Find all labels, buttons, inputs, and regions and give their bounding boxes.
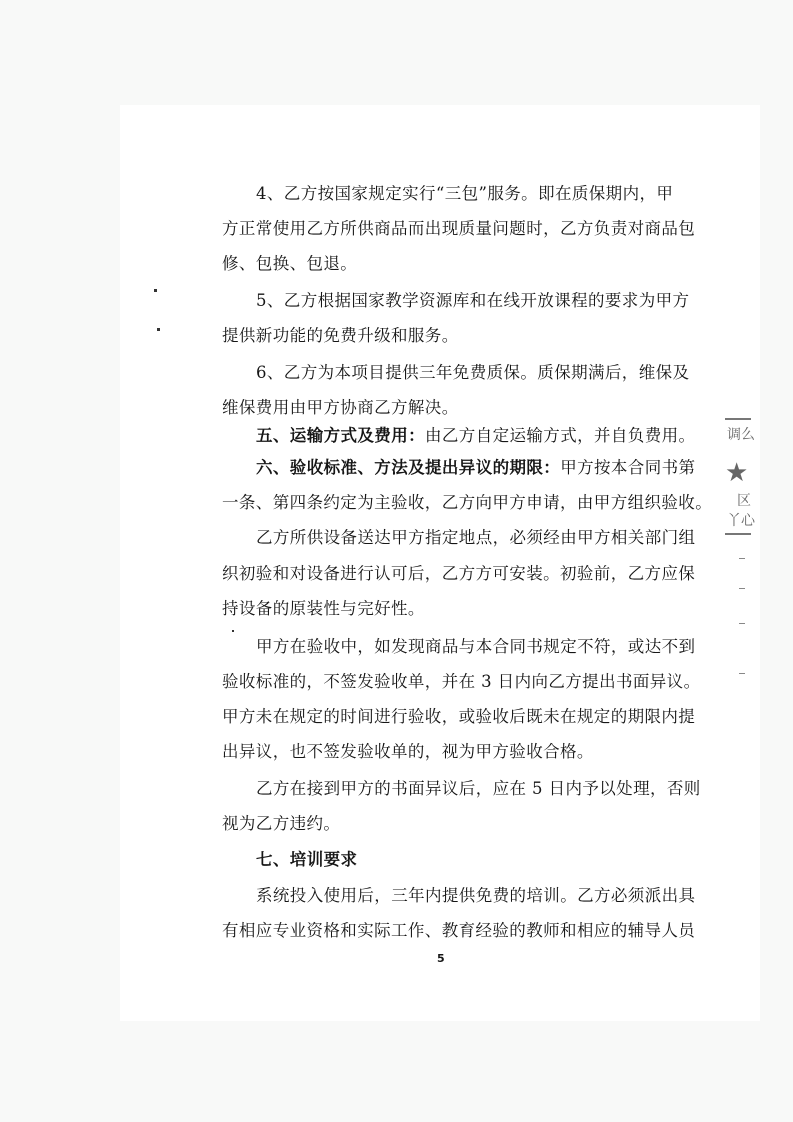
clause-4-line-1: 4、乙方按国家规定实行“三包”服务。即在质保期内，甲: [256, 183, 673, 205]
section-6-line: 甲方在验收中，如发现商品与本合同书规定不符，或达不到: [256, 636, 695, 658]
section-5-body: 由乙方自定运输方式，并自负费用。: [425, 426, 695, 445]
section-7-line: 系统投入使用后，三年内提供免费的培训。乙方必须派出具: [256, 885, 695, 907]
section-6-line: 出异议，也不签发验收单的，视为甲方验收合格。: [222, 741, 594, 763]
section-6-line: 视为乙方违约。: [222, 813, 340, 835]
seal-stamp-fragment: 调么 ★ 区 丫心: [723, 418, 759, 678]
seal-text-bottom: 丫心: [727, 510, 755, 530]
seal-text-top: 调么: [727, 424, 755, 444]
seal-trace: [739, 623, 745, 624]
scan-speck: [232, 630, 234, 632]
section-6-line: 持设备的原装性与完好性。: [222, 598, 425, 620]
section-6-heading: 六、验收标准、方法及提出异议的期限：: [256, 458, 560, 477]
section-6-paragraph: 六、验收标准、方法及提出异议的期限：甲方按本合同书第: [256, 457, 695, 479]
seal-trace: [739, 588, 745, 589]
section-6-line: 一条、第四条约定为主验收，乙方向甲方申请，由甲方组织验收。: [222, 492, 712, 514]
clause-4-line-3: 修、包换、包退。: [222, 253, 357, 275]
scan-speck: [157, 328, 160, 331]
seal-border-bottom: [725, 533, 751, 535]
clause-5-line-2: 提供新功能的免费升级和服务。: [222, 325, 459, 347]
clause-5-line-1: 5、乙方根据国家教学资源库和在线开放课程的要求为甲方: [256, 290, 689, 312]
section-5-heading: 五、运输方式及费用：: [256, 426, 425, 445]
section-6-body-first: 甲方按本合同书第: [560, 458, 695, 477]
scan-speck: [154, 289, 157, 292]
section-7-line: 有相应专业资格和实际工作、教育经验的教师和相应的辅导人员: [222, 920, 695, 942]
seal-trace: [739, 673, 745, 674]
section-6-line: 乙方在接到甲方的书面异议后，应在 5 日内予以处理，否则: [256, 778, 701, 800]
section-5-paragraph: 五、运输方式及费用：由乙方自定运输方式，并自负费用。: [256, 425, 695, 447]
page-number: 5: [437, 952, 445, 965]
seal-border-top: [725, 418, 751, 420]
seal-star-icon: ★: [725, 458, 748, 488]
section-6-line: 验收标准的，不签发验收单，并在 3 日内向乙方提出书面异议。: [222, 671, 701, 693]
section-7-heading: 七、培训要求: [256, 849, 357, 871]
seal-text-mid: 区: [737, 490, 751, 510]
section-6-line: 甲方未在规定的时间进行验收，或验收后既未在规定的期限内提: [222, 706, 695, 728]
section-6-line: 织初验和对设备进行认可后，乙方方可安装。初验前，乙方应保: [222, 563, 695, 585]
clause-6-line-1: 6、乙方为本项目提供三年免费质保。质保期满后，维保及: [256, 362, 689, 384]
clause-6-line-2: 维保费用由甲方协商乙方解决。: [222, 397, 459, 419]
section-6-line: 乙方所供设备送达甲方指定地点，必须经由甲方相关部门组: [256, 527, 695, 549]
clause-4-line-2: 方正常使用乙方所供商品而出现质量问题时，乙方负责对商品包: [222, 218, 695, 240]
seal-trace: [739, 558, 745, 559]
